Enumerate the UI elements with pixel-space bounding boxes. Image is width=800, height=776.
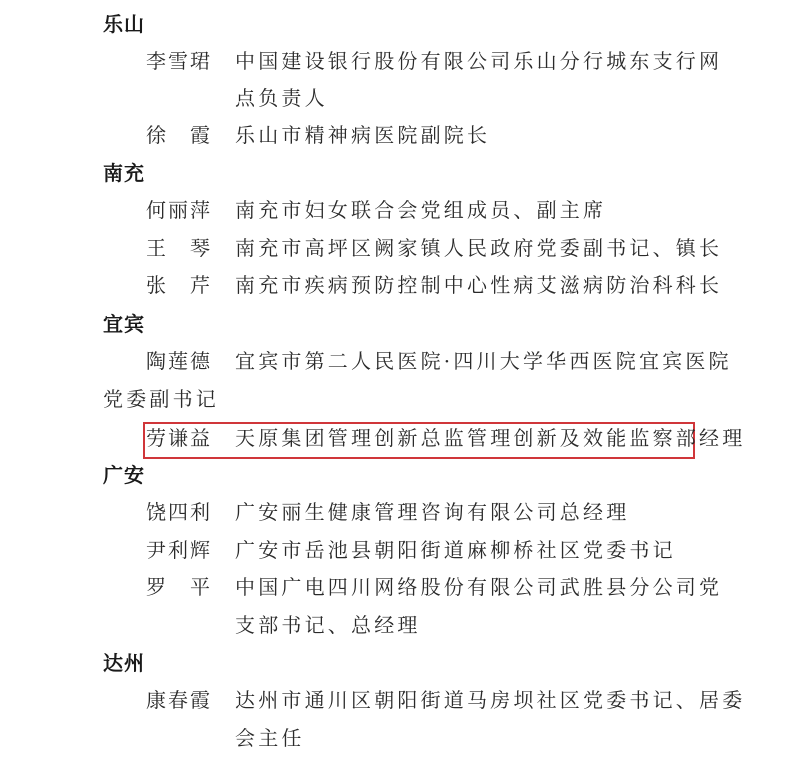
list-item-entry: 罗 平 中国广电四川网络股份有限公司武胜县分公司党 [0,569,800,606]
region-heading-guangan: 广安 [103,457,145,494]
person-name: 陶莲德 [146,343,212,380]
person-position: 广安市岳池县朝阳街道麻柳桥社区党委书记 [235,532,676,569]
person-name: 劳谦益 [146,420,212,457]
person-position: 南充市妇女联合会党组成员、副主席 [235,192,606,229]
person-position: 中国广电四川网络股份有限公司武胜县分公司党 [235,569,722,606]
person-position: 宜宾市第二人民医院·四川大学华西医院宜宾医院 [235,343,732,380]
document-page: 乐山 李雪珺 中国建设银行股份有限公司乐山分行城东支行网 点负责人 徐 霞 乐山… [0,0,800,776]
list-item-entry: 王 琴 南充市高坪区阙家镇人民政府党委副书记、镇长 [0,230,800,267]
person-name: 何丽萍 [146,192,212,229]
person-name: 张 芹 [146,267,212,304]
person-name: 徐 霞 [146,117,212,154]
list-item-entry: 张 芹 南充市疾病预防控制中心性病艾滋病防治科科长 [0,267,800,304]
list-item-entry: 徐 霞 乐山市精神病医院副院长 [0,117,800,154]
person-position: 南充市高坪区阙家镇人民政府党委副书记、镇长 [235,230,722,267]
region-heading-nanchong: 南充 [103,155,145,192]
person-name: 康春霞 [146,682,212,719]
list-item-entry: 李雪珺 中国建设银行股份有限公司乐山分行城东支行网 [0,43,800,80]
person-position: 乐山市精神病医院副院长 [235,117,490,154]
region-heading-yibin: 宜宾 [103,306,145,343]
person-position: 达州市通川区朝阳街道马房坝社区党委书记、居委 [235,682,745,719]
list-item-entry: 何丽萍 南充市妇女联合会党组成员、副主席 [0,192,800,229]
person-position: 广安丽生健康管理咨询有限公司总经理 [235,494,629,531]
list-item-entry: 饶四利 广安丽生健康管理咨询有限公司总经理 [0,494,800,531]
region-heading-leshan: 乐山 [103,6,145,43]
person-position-continued: 会主任 [235,720,305,757]
person-name: 饶四利 [146,494,212,531]
list-item-entry: 陶莲德 宜宾市第二人民医院·四川大学华西医院宜宾医院 [0,343,800,380]
person-position-continued: 点负责人 [235,80,328,117]
person-position-continued: 支部书记、总经理 [235,607,421,644]
person-name: 尹利辉 [146,532,212,569]
list-item-entry-highlighted: 劳谦益 天原集团管理创新总监管理创新及效能监察部经理 [0,420,800,457]
person-position: 天原集团管理创新总监管理创新及效能监察部经理 [235,420,745,457]
person-position-continued: 党委副书记 [103,381,219,418]
region-heading-dazhou: 达州 [103,645,145,682]
list-item-entry: 康春霞 达州市通川区朝阳街道马房坝社区党委书记、居委 [0,682,800,719]
person-name: 李雪珺 [146,43,212,80]
person-name: 罗 平 [146,569,212,606]
list-item-entry: 尹利辉 广安市岳池县朝阳街道麻柳桥社区党委书记 [0,532,800,569]
person-name: 王 琴 [146,230,212,267]
person-position: 中国建设银行股份有限公司乐山分行城东支行网 [235,43,722,80]
person-position: 南充市疾病预防控制中心性病艾滋病防治科科长 [235,267,722,304]
